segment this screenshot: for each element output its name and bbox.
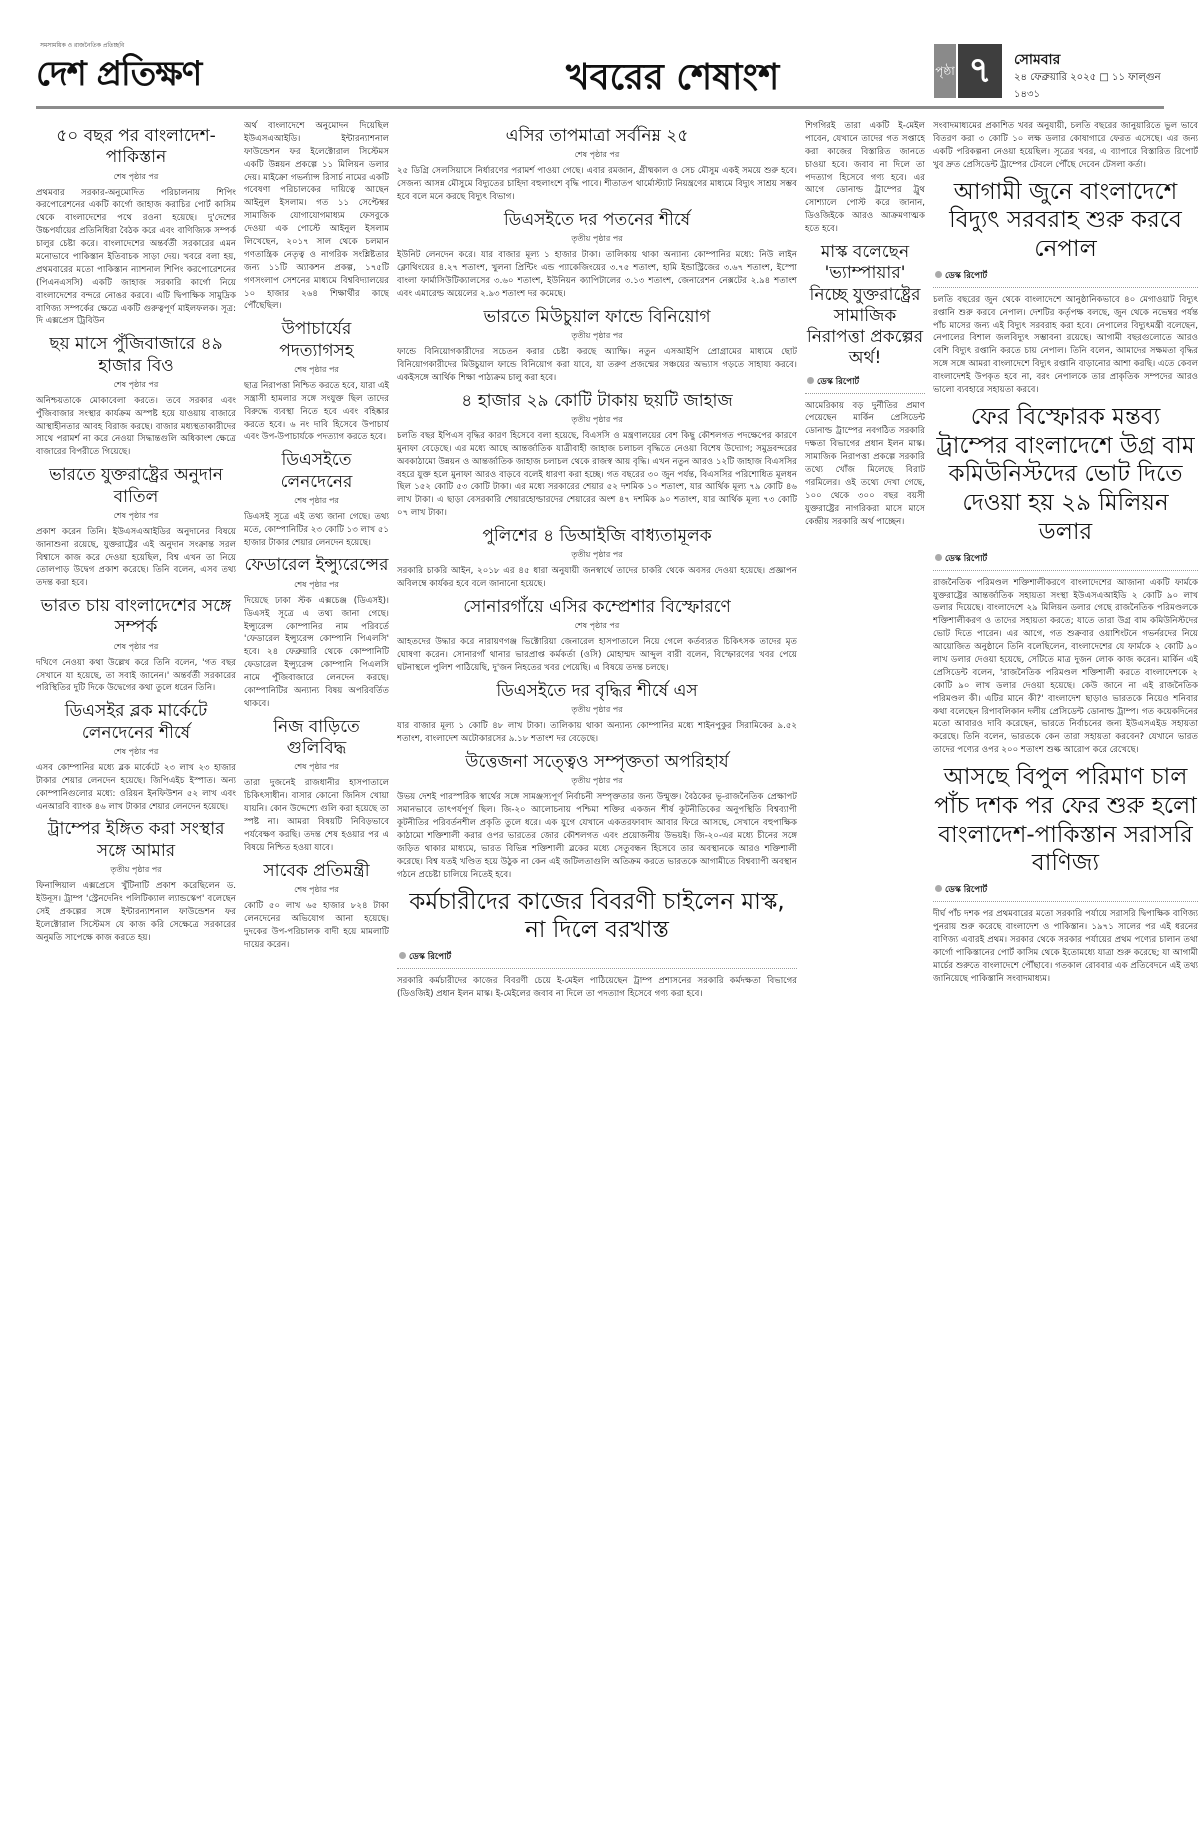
article-body: দিয়েছে ঢাকা স্টক এক্সচেঞ্জ (ডিএসই)। ডিএ… xyxy=(244,595,389,711)
headline: মাস্ক বলেছেন 'ভ্যাম্পায়ার' নিচ্ছে যুক্ত… xyxy=(805,242,925,370)
continued-label: তৃতীয় পৃষ্ঠার পর xyxy=(36,864,236,877)
article-body: ফিনান্সিয়াল এক্সপ্রেসে খুঁটিনাটি প্রকাশ… xyxy=(36,880,236,944)
continued-label: শেষ পৃষ্ঠার পর xyxy=(244,761,389,774)
article-body: সরকারি চাকরি আইন, ২০১৮ এর ৪৫ ধারা অনুযায… xyxy=(397,565,797,591)
header-rule xyxy=(36,106,1164,109)
headline: এসির তাপমাত্রা সর্বনিম্ন ২৫ xyxy=(397,126,797,147)
headline: ৫০ বছর পর বাংলাদেশ-পাকিস্তান xyxy=(36,126,236,169)
headline: ডিএসইতে দর পতনের শীর্ষে xyxy=(397,210,797,231)
continued-label: শেষ পৃষ্ঠার পর xyxy=(36,746,236,759)
headline: উত্তেজনা সত্ত্বেও সম্পৃক্ততা অপরিহার্য xyxy=(397,752,797,773)
column-1: ৫০ বছর পর বাংলাদেশ-পাকিস্তান শেষ পৃষ্ঠার… xyxy=(36,120,236,1813)
article-body: কোটি ৫০ লাখ ৬৫ হাজার ৮২৪ টাকা লেনদেনের অ… xyxy=(244,900,389,952)
article-body: ডিএসই সূত্রে এই তথ্য জানা গেছে। তথ্য মতে… xyxy=(244,511,389,550)
continued-label: তৃতীয় পৃষ্ঠার পর xyxy=(397,233,797,246)
headline: ডিএসইর ব্লক মার্কেটে লেনদেনের শীর্ষে xyxy=(36,701,236,744)
continued-label: শেষ পৃষ্ঠার পর xyxy=(244,495,389,508)
headline: ভারতে যুক্তরাষ্ট্রের অনুদান বাতিল xyxy=(36,465,236,508)
continued-label: শেষ পৃষ্ঠার পর xyxy=(36,379,236,392)
article-body: ছাত্র নিরাপত্তা নিশ্চিত করতে হবে, যারা এ… xyxy=(244,380,389,444)
article-body: দীর্ঘ পাঁচ দশক পর প্রথমবারের মতো সরকারি … xyxy=(933,908,1198,985)
continued-label: শেষ পৃষ্ঠার পর xyxy=(244,579,389,592)
continued-label: শেষ পৃষ্ঠার পর xyxy=(36,510,236,523)
article-body: প্রকাশ করেন তিনি। ইউএসএআইডির অনুদানের বি… xyxy=(36,526,236,590)
continued-label: শেষ পৃষ্ঠার পর xyxy=(36,641,236,654)
newspaper-logo: দেশ প্রতিক্ষণ xyxy=(36,48,201,105)
section-title: খবরের শেষাংশ xyxy=(566,50,779,110)
article-body: আহতদের উদ্ধার করে নারায়ণগঞ্জ ভিক্টোরিয়… xyxy=(397,636,797,675)
headline: কর্মচারীদের কাজের বিবরণী চাইলেন মাস্ক, ন… xyxy=(397,888,797,946)
headline: ভারতে মিউচুয়াল ফান্ডে বিনিয়োগ xyxy=(397,307,797,328)
article-body: রাজনৈতিক পরিমণ্ডল শক্তিশালীকরণে বাংলাদেশ… xyxy=(933,577,1198,757)
headline: ভারত চায় বাংলাদেশের সঙ্গে সম্পর্ক xyxy=(36,596,236,639)
headline: নিজ বাড়িতে গুলিবিদ্ধ xyxy=(244,717,389,760)
headline: সোনারগাঁয়ে এসির কম্প্রেশার বিস্ফোরণে xyxy=(397,597,797,618)
article-body: তারা দুজনেই রাজধানীর হাসপাতালে চিকিৎসাধী… xyxy=(244,777,389,854)
article-body: অর্থ বাংলাদেশে অনুমোদন দিয়েছিল ইউএসএআইড… xyxy=(244,120,389,313)
continued-label: শেষ পৃষ্ঠার পর xyxy=(244,884,389,897)
column-2: অর্থ বাংলাদেশে অনুমোদন দিয়েছিল ইউএসএআইড… xyxy=(244,120,389,1813)
column-5: সংবাদমাধ্যমের প্রকাশিত খবর অনুযায়ী, চলত… xyxy=(933,120,1198,1813)
continued-label: তৃতীয় পৃষ্ঠার পর xyxy=(397,330,797,343)
byline: ডেস্ক রিপোর্ট xyxy=(933,549,1198,571)
continued-label: শেষ পৃষ্ঠার পর xyxy=(36,171,236,184)
page-number: ৭ xyxy=(958,44,1002,98)
article-body: চলতি বছরের জুন থেকে বাংলাদেশে আনুষ্ঠানিক… xyxy=(933,294,1198,397)
headline: উপাচার্যের পদত্যাগসহ xyxy=(244,319,389,362)
continued-label: তৃতীয় পৃষ্ঠার পর xyxy=(397,414,797,427)
headline: ছয় মাসে পুঁজিবাজারে ৪৯ হাজার বিও xyxy=(36,334,236,377)
byline: ডেস্ক রিপোর্ট xyxy=(397,947,797,969)
continued-label: শেষ পৃষ্ঠার পর xyxy=(244,364,389,377)
headline: ডিএসইতে লেনদেনের xyxy=(244,450,389,493)
article-body: দখিণে নেওয়া কথা উল্লেখ করে তিনি বলেন, '… xyxy=(36,657,236,696)
continued-label: শেষ পৃষ্ঠার পর xyxy=(397,620,797,633)
article-body: উভয় দেশই পারস্পরিক স্বার্থের সঙ্গে সামঞ… xyxy=(397,791,797,881)
headline: ফের বিস্ফোরক মন্তব্য ট্রাম্পের বাংলাদেশে… xyxy=(933,403,1198,547)
article-body: অনিশ্চয়তাকে মোকাবেলা করতে। তবে সরকার এব… xyxy=(36,395,236,459)
article-body: ইউনিট লেনদেন করে। যার বাজার মূল্য ১ হাজা… xyxy=(397,249,797,301)
article-body: যার বাজার মূল্য ১ কোটি ৪৮ লাখ টাকা। তালি… xyxy=(397,720,797,746)
headline: ট্রাম্পের ইঙ্গিত করা সংস্থার সঙ্গে আমার xyxy=(36,819,236,862)
byline: ডেস্ক রিপোর্ট xyxy=(933,880,1198,902)
article-body: চলতি বছর ইপিএস বৃদ্ধির কারণ হিসেবে বলা হ… xyxy=(397,430,797,520)
headline: ৪ হাজার ২৯ কোটি টাকায় ছয়টি জাহাজ xyxy=(397,391,797,412)
continued-label: তৃতীয় পৃষ্ঠার পর xyxy=(397,704,797,717)
headline: আসছে বিপুল পরিমাণ চাল পাঁচ দশক পর ফের শু… xyxy=(933,763,1198,878)
columns: ৫০ বছর পর বাংলাদেশ-পাকিস্তান শেষ পৃষ্ঠার… xyxy=(36,120,1164,1813)
continued-label: শেষ পৃষ্ঠার পর xyxy=(397,149,797,162)
article-body: শিগগিরই তারা একটি ই-মেইল পাবেন, যেখানে ত… xyxy=(805,120,925,236)
page-label: পৃষ্ঠা xyxy=(934,44,956,98)
article-body: সরকারি কর্মচারীদের কাজের বিবরণী চেয়ে ই-… xyxy=(397,975,797,1001)
headline: সাবেক প্রতিমন্ত্রী xyxy=(244,861,389,882)
headline: আগামী জুনে বাংলাদেশে বিদ্যুৎ সরবরাহ শুরু… xyxy=(933,178,1198,264)
column-4: শিগগিরই তারা একটি ই-মেইল পাবেন, যেখানে ত… xyxy=(805,120,925,1813)
article-body: প্রথমবার সরকার-অনুমোদিত পরিচালনায় শিপিং… xyxy=(36,187,236,329)
headline: ফেডারেল ইন্স্যুরেন্সের xyxy=(244,555,389,576)
continued-label: তৃতীয় পৃষ্ঠার পর xyxy=(397,775,797,788)
headline: পুলিশের ৪ ডিআইজি বাধ্যতামূলক xyxy=(397,526,797,547)
column-3: এসির তাপমাত্রা সর্বনিম্ন ২৫ শেষ পৃষ্ঠার … xyxy=(397,120,797,1813)
headline: ডিএসইতে দর বৃদ্ধির শীর্ষে এস xyxy=(397,681,797,702)
article-body: ফান্ডে বিনিয়োগকারীদের সচেতন করার চেষ্টা… xyxy=(397,346,797,385)
article-body: আমেরিকায় বড় দুর্নীতির প্রমাণ পেয়েছেন … xyxy=(805,400,925,529)
continued-label: তৃতীয় পৃষ্ঠার পর xyxy=(397,549,797,562)
byline: ডেস্ক রিপোর্ট xyxy=(805,372,925,394)
day: সোমবার xyxy=(1014,48,1060,72)
date: ২৪ ফেব্রুয়ারি ২০২৫ □ ১১ ফাল্গুন ১৪৩১ xyxy=(1014,70,1164,104)
article-body: সংবাদমাধ্যমের প্রকাশিত খবর অনুযায়ী, চলত… xyxy=(933,120,1198,172)
masthead: সমসাময়িক ও রাজনৈতিক প্রতিচ্ছবি দেশ প্রত… xyxy=(36,40,1164,110)
article-body: এসব কোম্পানির মধ্যে ব্লক মার্কেটে ২৩ লাখ… xyxy=(36,762,236,814)
byline: ডেস্ক রিপোর্ট xyxy=(933,266,1198,288)
article-body: ২৫ ডিগ্রি সেলসিয়াসে নির্ধারণের পরামর্শ … xyxy=(397,165,797,204)
